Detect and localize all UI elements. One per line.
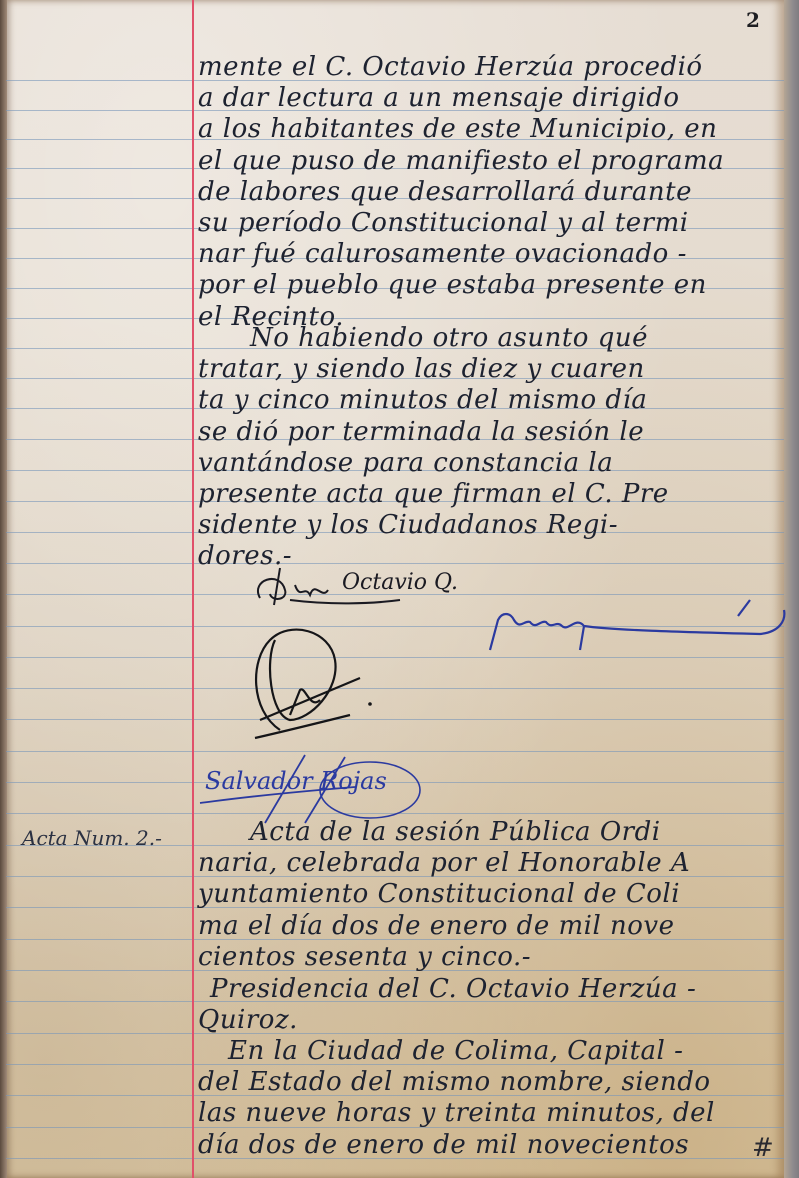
text-line: del Estado del mismo nombre, siendo xyxy=(198,1067,786,1098)
text-line: nar fué calurosamente ovacionado - xyxy=(198,239,786,270)
text-line: día dos de enero de mil novecientos xyxy=(198,1130,786,1161)
margin-note-acta-number: Acta Num. 2.- xyxy=(22,826,162,850)
text-line: de labores que desarrollará durante xyxy=(198,177,786,208)
continuation-mark: # xyxy=(752,1133,774,1163)
text-line: ta y cinco minutos del mismo día xyxy=(198,385,786,416)
signature-loop xyxy=(230,620,430,750)
text-line: sidente y los Ciudadanos Regi- xyxy=(198,510,786,541)
text-line: No habiendo otro asunto qué xyxy=(198,323,786,354)
signature-salvador: Salvador Rojas xyxy=(195,745,435,825)
red-margin-line xyxy=(192,0,194,1178)
text-line: ma el día dos de enero de mil nove xyxy=(198,911,786,942)
text-line: cientos sesenta y cinco.- xyxy=(198,942,786,973)
text-line: En la Ciudad de Colima, Capital - xyxy=(198,1036,786,1067)
text-line: vantándose para constancia la xyxy=(198,448,786,479)
text-line: presente acta que firman el C. Pre xyxy=(198,479,786,510)
signature-blue-flourish xyxy=(480,580,790,670)
signature-label: Salvador Rojas xyxy=(205,767,387,795)
text-line: tratar, y siendo las diez y cuaren xyxy=(198,354,786,385)
text-line: a los habitantes de este Municipio, en xyxy=(198,114,786,145)
page-number: 2 xyxy=(746,8,760,32)
text-line: por el pueblo que estaba presente en xyxy=(198,270,786,301)
paragraph-acta-heading: Acta de la sesión Pública Ordi naria, ce… xyxy=(198,817,786,973)
text-line: yuntamiento Constitucional de Coli xyxy=(198,879,786,910)
signature-octavio: Octavio Q. xyxy=(250,560,410,610)
text-line: su período Constitucional y al termi xyxy=(198,208,786,239)
text-line: el que puso de manifiesto el programa xyxy=(198,146,786,177)
text-line: a dar lectura a un mensaje dirigido xyxy=(198,83,786,114)
paragraph-continuation: mente el C. Octavio Herzúa procedió a da… xyxy=(198,52,786,333)
text-line: se dió por terminada la sesión le xyxy=(198,417,786,448)
text-line: Quiroz. xyxy=(198,1005,786,1036)
paragraph-presidencia: Presidencia del C. Octavio Herzúa - Quir… xyxy=(198,974,786,1036)
paragraph-session-opening: En la Ciudad de Colima, Capital - del Es… xyxy=(198,1036,786,1161)
paragraph-closing: No habiendo otro asunto qué tratar, y si… xyxy=(198,323,786,573)
text-line: mente el C. Octavio Herzúa procedió xyxy=(198,52,786,83)
text-line: las nueve horas y treinta minutos, del xyxy=(198,1098,786,1129)
text-line: naria, celebrada por el Honorable A xyxy=(198,848,786,879)
signature-label: Octavio Q. xyxy=(342,570,458,595)
text-line: Presidencia del C. Octavio Herzúa - xyxy=(198,974,786,1005)
text-line: Acta de la sesión Pública Ordi xyxy=(198,817,786,848)
